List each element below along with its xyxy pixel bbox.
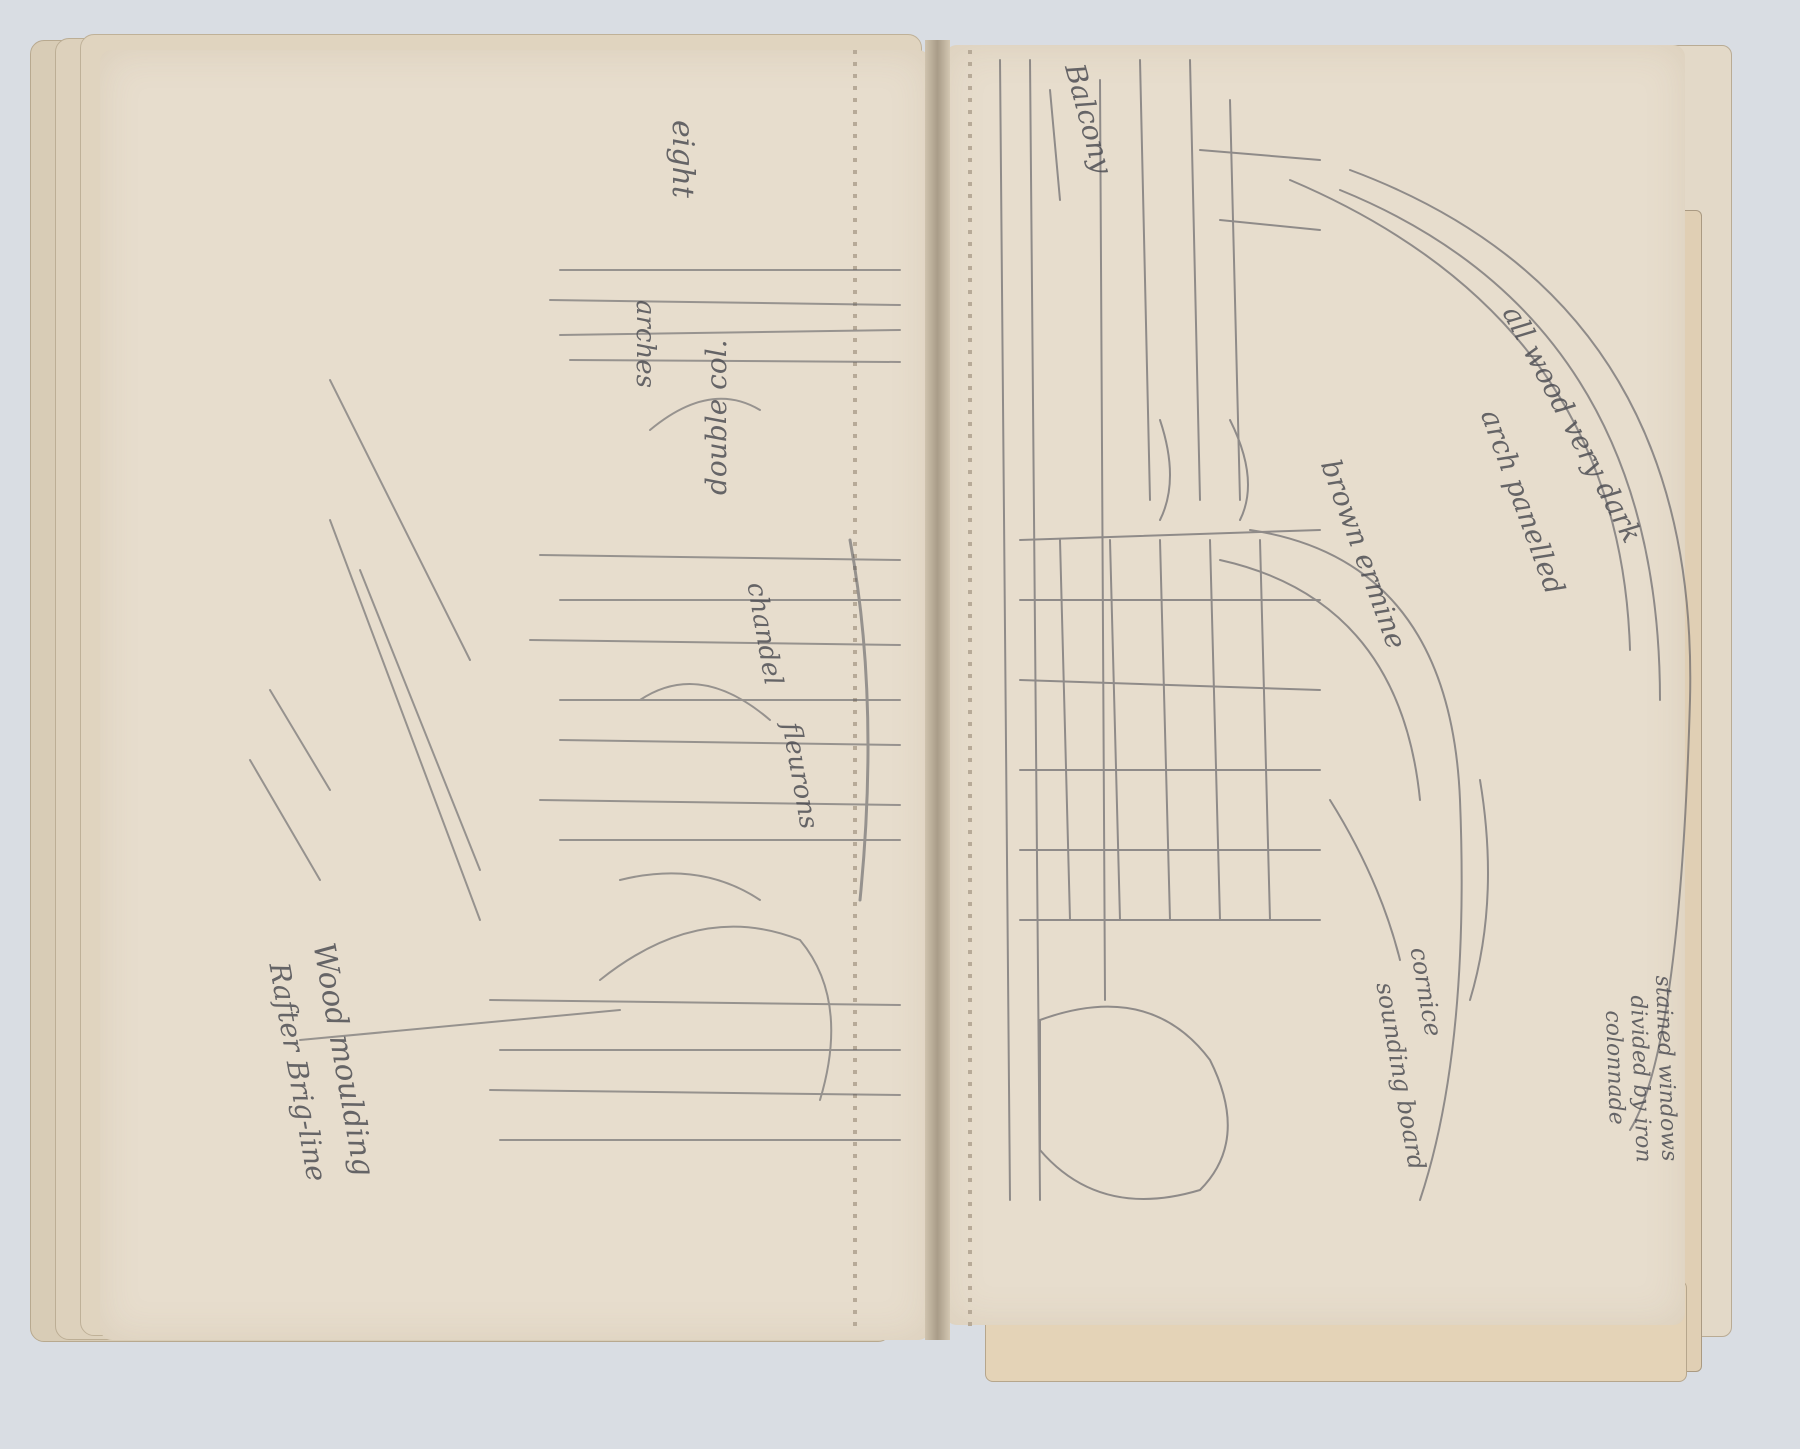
handwritten-annotation: colonnade [1600, 1010, 1629, 1125]
handwritten-annotation: double col. [700, 339, 733, 495]
pencil-sketch [0, 0, 1800, 1449]
handwritten-annotation: eight [665, 120, 700, 198]
handwritten-annotation: arches [630, 300, 660, 388]
